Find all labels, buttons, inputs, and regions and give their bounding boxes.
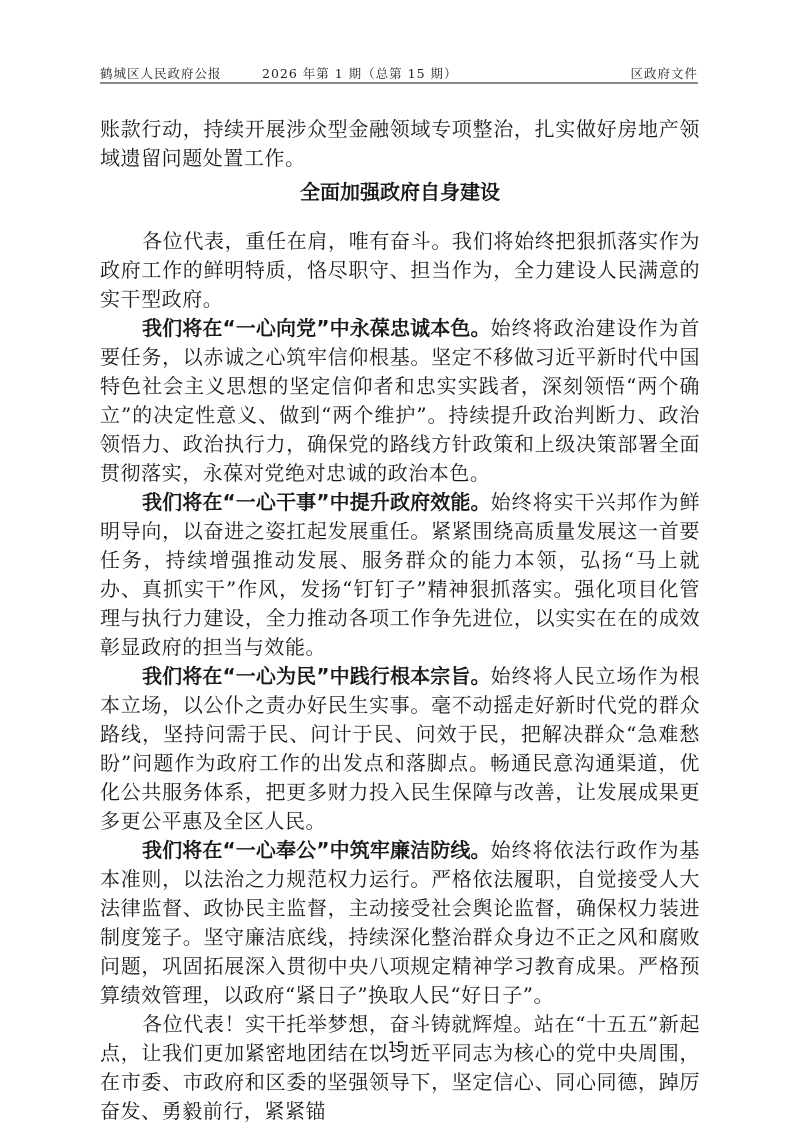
page-number: — 15 — xyxy=(0,1040,793,1056)
section-label: 区政府文件 xyxy=(630,64,698,82)
point-lead: 我们将在“一心干事”中提升政府效能。 xyxy=(142,490,491,514)
publication-name: 鹤城区人民政府公报 xyxy=(100,64,222,82)
continued-paragraph: 账款行动，持续开展涉众型金融领域专项整治，扎实做好房地产领域遗留问题处置工作。 xyxy=(100,115,700,173)
point-lead: 我们将在“一心奉公”中筑牢廉洁防线。 xyxy=(142,838,491,862)
point-paragraph: 我们将在“一心干事”中提升政府效能。始终将实干兴邦作为鲜明导向，以奋进之姿扛起发… xyxy=(100,488,700,662)
closing-paragraph: 各位代表！实干托举梦想，奋斗铸就辉煌。站在“十五五”新起点，让我们更加紧密地团结… xyxy=(100,1010,700,1122)
running-header: 鹤城区人民政府公报 2026 年第 1 期（总第 15 期） 区政府文件 xyxy=(100,62,698,82)
point-paragraph: 我们将在“一心向党”中永葆忠诚本色。始终将政治建设作为首要任务，以赤诚之心筑牢信… xyxy=(100,314,700,488)
intro-paragraph: 各位代表，重任在肩，唯有奋斗。我们将始终把狠抓落实作为政府工作的鲜明特质，恪尽职… xyxy=(100,227,700,314)
point-text: 始终将政治建设作为首要任务，以赤诚之心筑牢信仰根基。坚定不移做习近平新时代中国特… xyxy=(100,316,700,485)
point-text: 始终将人民立场作为根本立场，以公仆之责办好民生实事。毫不动摇走好新时代党的群众路… xyxy=(100,664,700,833)
document-body: 账款行动，持续开展涉众型金融领域专项整治，扎实做好房地产领域遗留问题处置工作。 … xyxy=(100,115,700,1122)
point-paragraph: 我们将在“一心为民”中践行根本宗旨。始终将人民立场作为根本立场，以公仆之责办好民… xyxy=(100,662,700,836)
point-paragraph: 我们将在“一心奉公”中筑牢廉洁防线。始终将依法行政作为基本准则，以法治之力规范权… xyxy=(100,836,700,1010)
point-text: 始终将依法行政作为基本准则，以法治之力规范权力运行。严格依法履职，自觉接受人大法… xyxy=(100,838,700,1007)
header-rule xyxy=(100,82,698,84)
point-text: 始终将实干兴邦作为鲜明导向，以奋进之姿扛起发展重任。紧紧围绕高质量发展这一首要任… xyxy=(100,490,700,659)
point-lead: 我们将在“一心向党”中永葆忠诚本色。 xyxy=(142,316,491,340)
point-lead: 我们将在“一心为民”中践行根本宗旨。 xyxy=(142,664,491,688)
issue-number: 2026 年第 1 期（总第 15 期） xyxy=(262,64,458,82)
section-title: 全面加强政府自身建设 xyxy=(100,178,700,207)
